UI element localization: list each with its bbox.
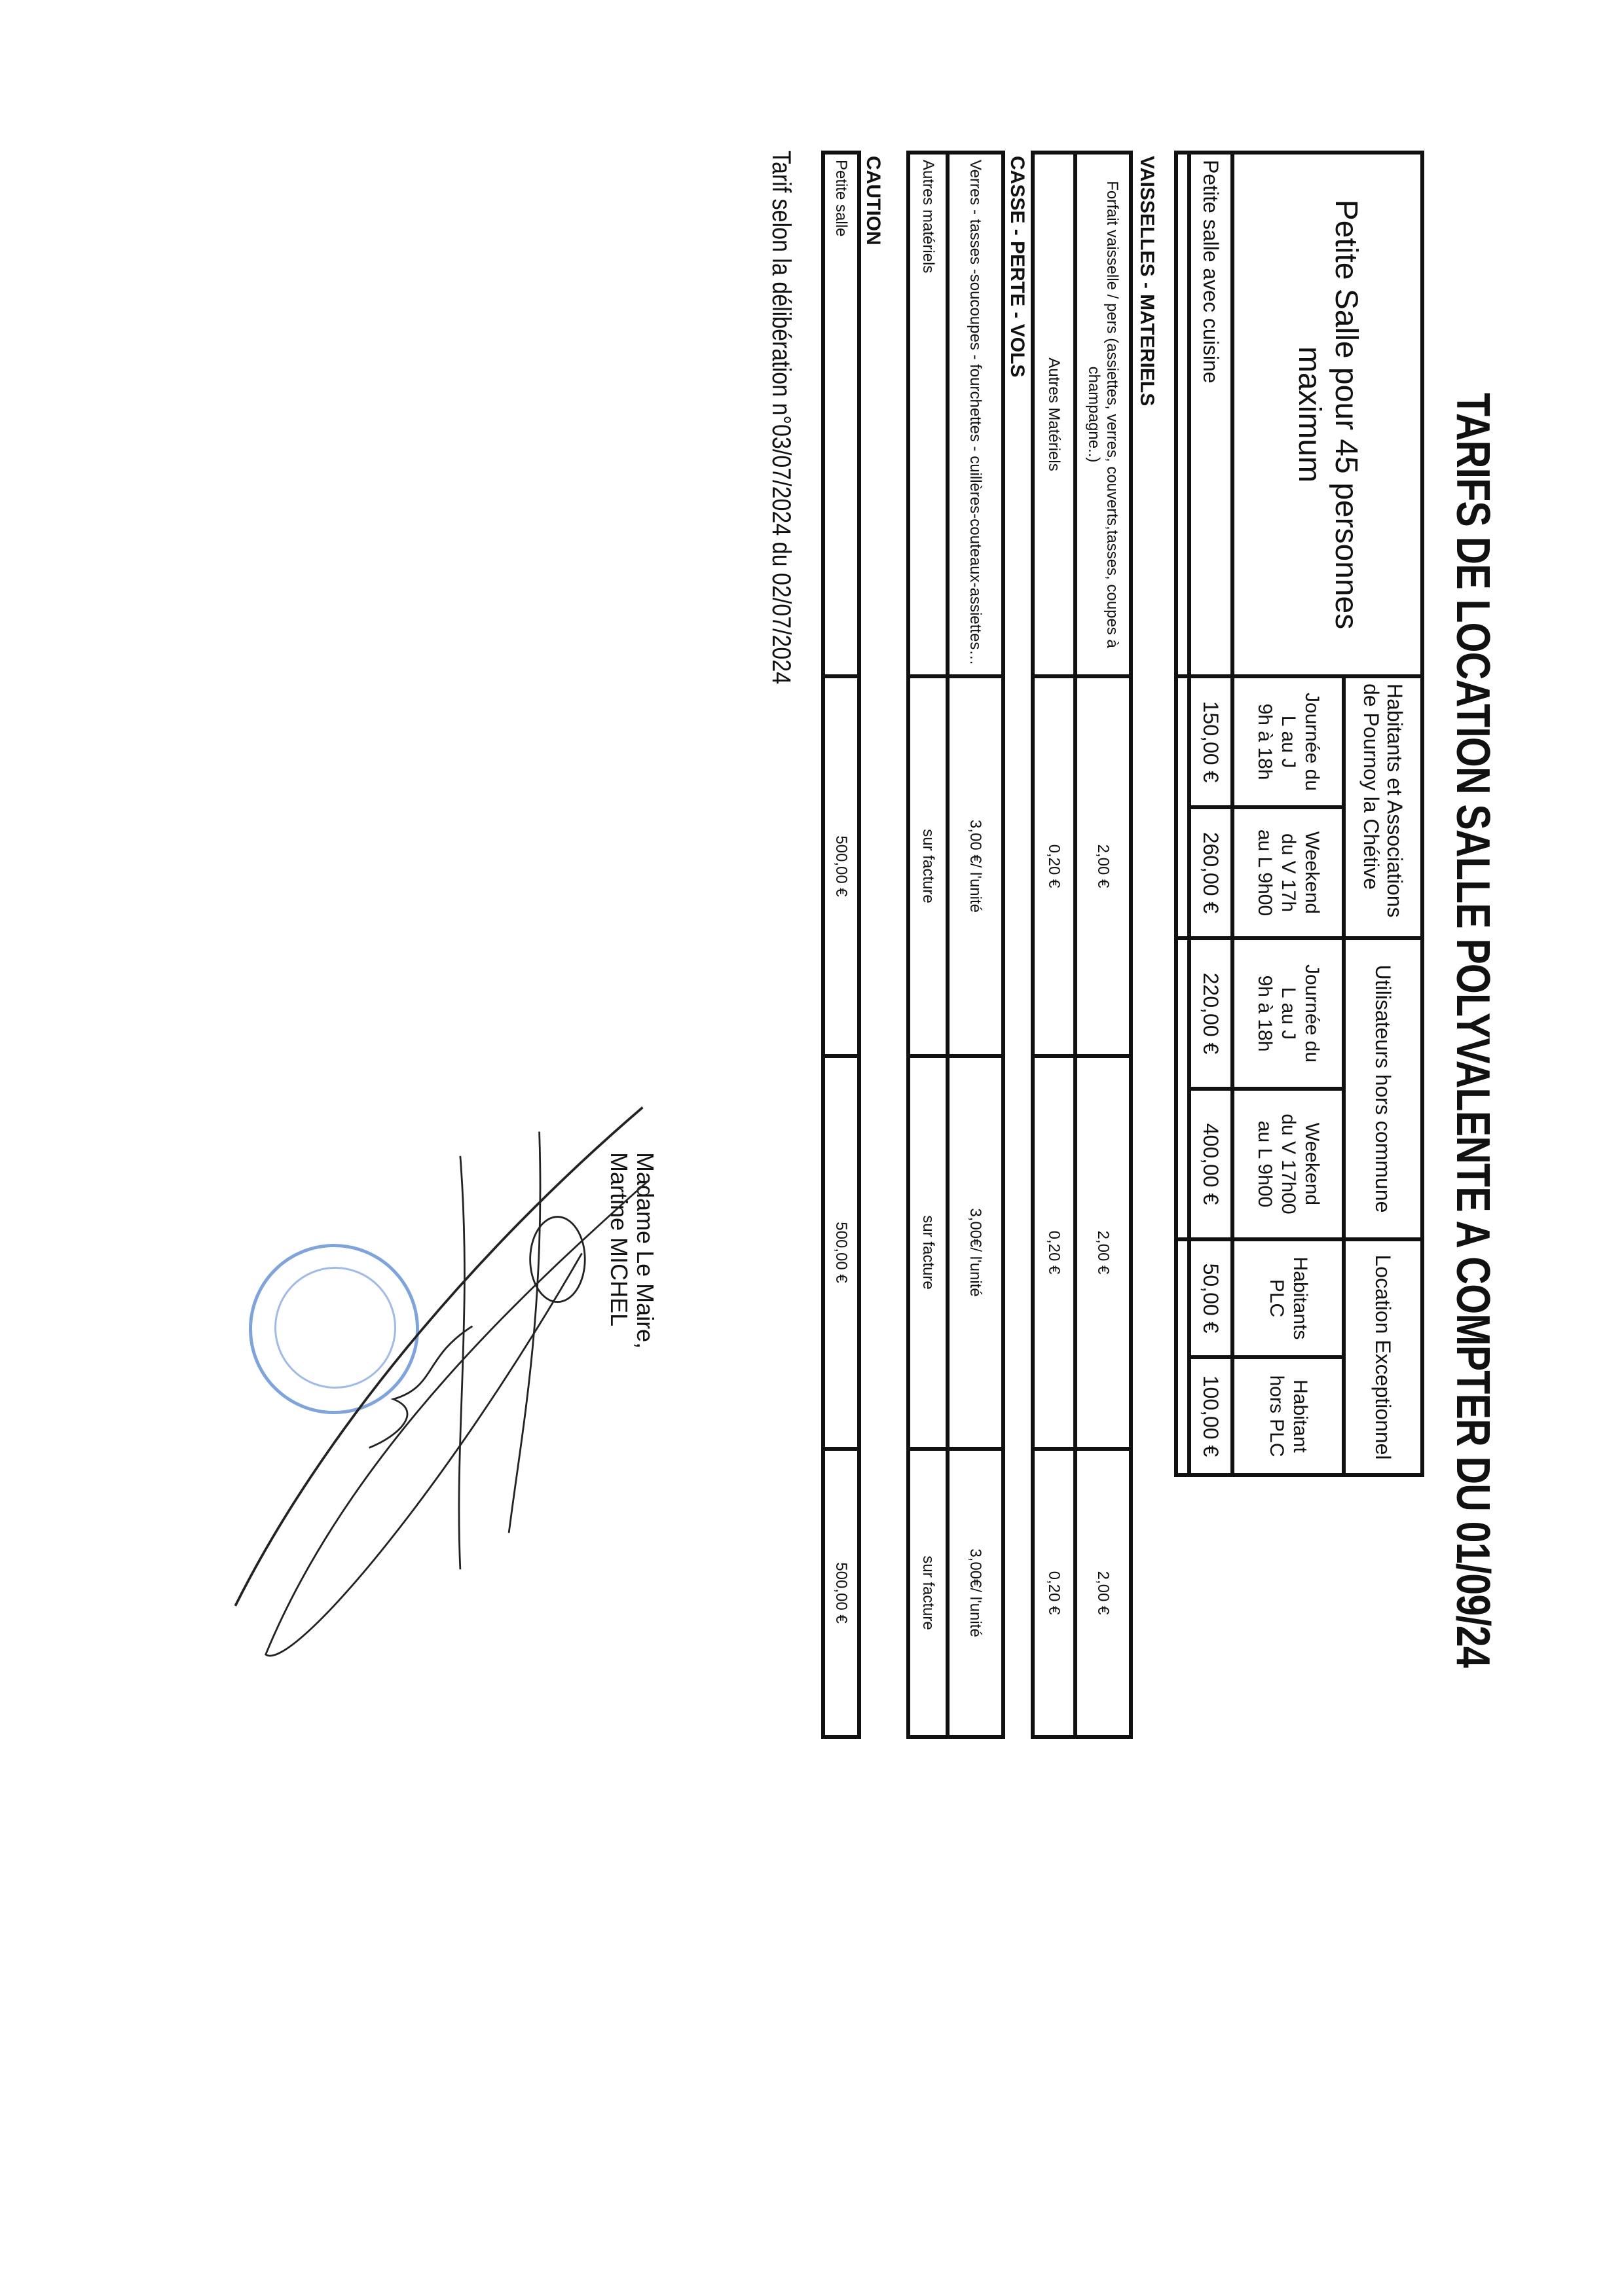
col-header-day: Journée du L au J 9h à 18h: [1232, 938, 1344, 1089]
row-label: Petite salle: [823, 153, 859, 676]
vaisselles-table: Forfait vaisselle / pers (assiettes, ver…: [1031, 151, 1133, 1739]
label-line: du V 17h: [1276, 809, 1300, 936]
price-cell: 0,20 €: [1033, 1449, 1075, 1737]
section-title-casse: CASSE - PERTE - VOLS: [1006, 152, 1028, 377]
group-header-residents: Habitants et Associations de Pournoy la …: [1344, 676, 1422, 938]
price-cell: 500,00 €: [823, 676, 859, 1056]
label-line: L au J: [1276, 940, 1300, 1087]
group-header-label: Habitants et Associations de Pournoy la …: [1359, 683, 1407, 918]
row-label: Petite salle avec cuisine: [1189, 153, 1232, 676]
section-title-caution: CAUTION: [862, 152, 884, 246]
price-cell: 3,00€/ l'unité: [948, 1056, 1003, 1449]
row-label: Verres - tasses -soucoupes - fourchettes…: [948, 153, 1003, 676]
table-row: Petite salle avec cuisine 150,00 € 260,0…: [1189, 153, 1232, 1475]
col-header-day: Journée du L au J 9h à 18h: [1232, 676, 1344, 807]
group-header-non-residents: Utilisateurs hors commune: [1344, 938, 1422, 1239]
col-header-weekend: Weekend du V 17h au L 9h00: [1232, 807, 1344, 938]
col-header-habitant-hors-plc: Habitant hors PLC: [1232, 1357, 1344, 1475]
price-cell: 2,00 €: [1075, 676, 1131, 1056]
group-header-exceptional: Location Exceptionnel: [1344, 1239, 1422, 1475]
price-cell: 3,00€/ l'unité: [948, 1449, 1003, 1737]
spacer: [1176, 938, 1189, 1239]
label-line: L au J: [1276, 678, 1300, 805]
price-cell: sur facture: [908, 1449, 948, 1737]
table-row: Petite salle 500,00 € 500,00 € 500,00 €: [823, 153, 859, 1737]
label-line: au L 9h00: [1253, 809, 1276, 936]
table-row: Autres matériels sur facture sur facture…: [908, 153, 948, 1737]
label-line: 9h à 18h: [1253, 678, 1276, 805]
spacer: [1176, 1239, 1189, 1475]
label-line: PLC: [1264, 1241, 1288, 1355]
label-line: du V 17h00: [1276, 1091, 1300, 1237]
price-cell: 3,00 €/ l'unité: [948, 676, 1003, 1056]
price-cell: 0,20 €: [1033, 1056, 1075, 1449]
table-row: Verres - tasses -soucoupes - fourchettes…: [948, 153, 1003, 1737]
price-cell: sur facture: [908, 676, 948, 1056]
price-cell: 150,00 €: [1189, 676, 1232, 807]
spacer: [1176, 676, 1189, 938]
label-line: au L 9h00: [1253, 1091, 1276, 1237]
price-cell: sur facture: [908, 1056, 948, 1449]
label-line: Habitants: [1288, 1241, 1312, 1355]
section-title-vaisselles: VAISSELLES - MATERIELS: [1135, 152, 1158, 406]
price-cell: 2,00 €: [1075, 1056, 1131, 1449]
price-cell: 50,00 €: [1189, 1239, 1232, 1357]
label-line: Weekend: [1300, 809, 1323, 936]
spacer-row: [1176, 153, 1189, 1475]
room-header-text: Petite Salle pour 45 personnes maximum: [1292, 200, 1363, 629]
label-line: Journée du: [1300, 678, 1323, 805]
price-cell: 100,00 €: [1189, 1357, 1232, 1475]
price-cell: 500,00 €: [823, 1056, 859, 1449]
document-title: TARIFS DE LOCATION SALLE POLYVALENTE A C…: [1446, 393, 1500, 1681]
signature-scribble-icon: [229, 1048, 655, 1702]
label-line: 9h à 18h: [1253, 940, 1276, 1087]
col-header-weekend: Weekend du V 17h00 au L 9h00: [1232, 1089, 1344, 1239]
price-cell: 220,00 €: [1189, 938, 1232, 1089]
row-label: Forfait vaisselle / pers (assiettes, ver…: [1075, 153, 1131, 676]
casse-table: Verres - tasses -soucoupes - fourchettes…: [906, 151, 1005, 1739]
room-header: Petite Salle pour 45 personnes maximum: [1232, 153, 1422, 676]
price-cell: 400,00 €: [1189, 1089, 1232, 1239]
price-cell: 260,00 €: [1189, 807, 1232, 938]
group-header-label: Utilisateurs hors commune: [1371, 965, 1395, 1213]
label-line: Weekend: [1300, 1091, 1323, 1237]
spacer: [1176, 153, 1189, 676]
label-line: hors PLC: [1264, 1359, 1288, 1473]
row-label: Autres matériels: [908, 153, 948, 676]
price-cell: 500,00 €: [823, 1449, 859, 1737]
table-row: Forfait vaisselle / pers (assiettes, ver…: [1075, 153, 1131, 1737]
row-label: Autres Matériels: [1033, 153, 1075, 676]
price-cell: 2,00 €: [1075, 1449, 1131, 1737]
col-header-habitants-plc: Habitants PLC: [1232, 1239, 1344, 1357]
tarif-table: Petite Salle pour 45 personnes maximum H…: [1174, 151, 1424, 1477]
document-page: TARIFS DE LOCATION SALLE POLYVALENTE A C…: [0, 0, 1624, 2296]
label-line: Journée du: [1300, 940, 1323, 1087]
price-cell: 0,20 €: [1033, 676, 1075, 1056]
table-row: Autres Matériels 0,20 € 0,20 € 0,20 €: [1033, 153, 1075, 1737]
label-line: Habitant: [1288, 1359, 1312, 1473]
deliberation-note: Tarif selon la délibération n°03/07/2024…: [766, 151, 796, 684]
caution-table: Petite salle 500,00 € 500,00 € 500,00 €: [821, 151, 861, 1739]
group-header-label: Location Exceptionnel: [1371, 1254, 1395, 1459]
